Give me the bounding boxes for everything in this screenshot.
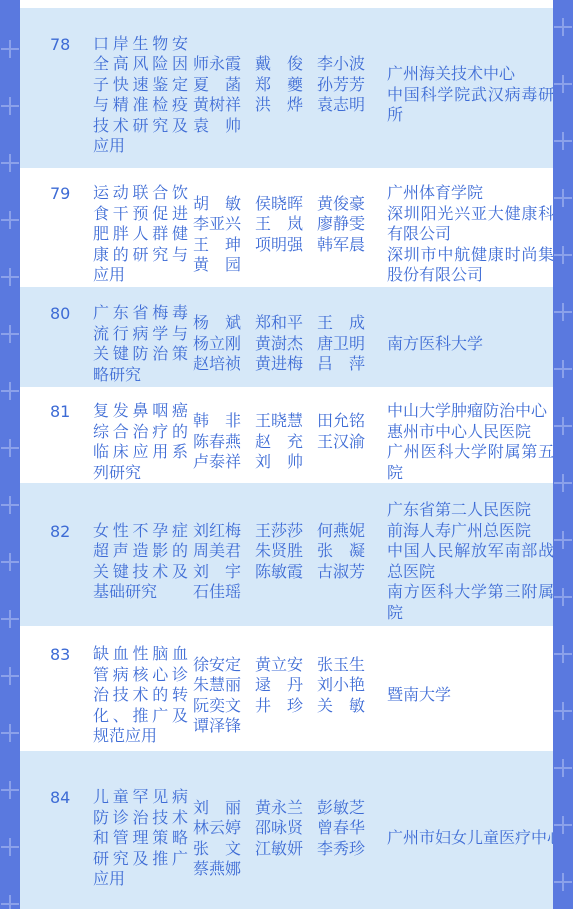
institution: 广东省第二人民医院 <box>387 500 571 521</box>
table-row: 84 儿童罕见病防诊治技术和管理策略研究及推广应用 刘 丽黄永兰彭敏芝林云婷邵咏… <box>20 751 553 909</box>
plus-decor-icon <box>1 895 19 909</box>
member-name: 朱贤胜 <box>255 541 303 562</box>
table-row: 78 口岸生物安全高风险因子快速鉴定与精准检疫技术研究及应用 师永霞戴 俊李小波… <box>20 8 553 168</box>
member-name: 杨立刚 <box>193 334 241 355</box>
team-members: 师永霞戴 俊李小波夏 菡郑 夔孙芳芳黄树祥洪 烨袁志明袁 帅 <box>193 54 365 136</box>
member-name: 郑 夔 <box>255 75 303 96</box>
member-name: 黄 园 <box>193 255 241 276</box>
title-cell: 80 广东省梅毒流行病学与关键防治策略研究 <box>93 303 188 385</box>
plus-decor-icon <box>554 246 572 264</box>
plus-decor-icon <box>1 610 19 628</box>
project-title: 女性不孕症超声造影的关键技术及基础研究 <box>93 521 188 603</box>
member-name: 刘 丽 <box>193 798 241 819</box>
left-decor-bar <box>0 0 20 909</box>
plus-decor-icon <box>554 360 572 378</box>
member-name: 黄立安 <box>255 655 303 676</box>
plus-decor-icon <box>1 496 19 514</box>
member-name: 项明强 <box>255 235 303 256</box>
institution: 中国科学院武汉病毒研究所 <box>387 85 571 126</box>
member-name: 吕 萍 <box>317 354 365 375</box>
member-name: 赵培祯 <box>193 354 241 375</box>
institution: 南方医科大学 <box>387 334 571 355</box>
member-name: 王 成 <box>317 313 365 334</box>
team-members: 刘红梅王莎莎何燕妮周美君朱贤胜张 凝刘 宇陈敏霞古淑芳石佳瑶 <box>193 521 365 603</box>
member-name: 井 珍 <box>255 696 303 717</box>
member-name: 刘 帅 <box>255 452 303 473</box>
row-number: 79 <box>50 184 88 205</box>
member-name: 刘小艳 <box>317 675 365 696</box>
member-name: 徐安定 <box>193 655 241 676</box>
member-name: 古淑芳 <box>317 562 365 583</box>
member-name: 韩 非 <box>193 411 241 432</box>
row-number: 84 <box>50 788 88 809</box>
member-name: 陈敏霞 <box>255 562 303 583</box>
member-name: 石佳瑶 <box>193 582 241 603</box>
member-name: 张 文 <box>193 839 241 860</box>
document-page: 78 口岸生物安全高风险因子快速鉴定与精准检疫技术研究及应用 师永霞戴 俊李小波… <box>0 0 573 909</box>
plus-decor-icon <box>554 759 572 777</box>
institution: 惠州市中心人民医院 <box>387 422 571 443</box>
member-name: 张玉生 <box>317 655 365 676</box>
member-name: 周美君 <box>193 541 241 562</box>
member-name: 逯 丹 <box>255 675 303 696</box>
title-cell: 84 儿童罕见病防诊治技术和管理策略研究及推广应用 <box>93 787 188 890</box>
project-title: 口岸生物安全高风险因子快速鉴定与精准检疫技术研究及应用 <box>93 34 188 157</box>
row-number: 81 <box>50 402 88 423</box>
member-name: 袁 帅 <box>193 116 241 137</box>
member-name: 林云婷 <box>193 818 241 839</box>
title-cell: 83 缺血性脑血管病核心诊治技术的转化、推广及规范应用 <box>93 644 188 747</box>
member-name: 蔡燕娜 <box>193 859 241 880</box>
plus-decor-icon <box>1 439 19 457</box>
member-name: 袁志明 <box>317 95 365 116</box>
plus-decor-icon <box>554 474 572 492</box>
title-cell: 78 口岸生物安全高风险因子快速鉴定与精准检疫技术研究及应用 <box>93 34 188 157</box>
title-cell: 81 复发鼻咽癌综合治疗的临床应用系列研究 <box>93 401 188 483</box>
row-number: 83 <box>50 645 88 666</box>
table-row: 81 复发鼻咽癌综合治疗的临床应用系列研究 韩 非王晓慧田允铭陈春燕赵 充王汉渝… <box>20 387 553 483</box>
plus-decor-icon <box>554 645 572 663</box>
member-name: 杨 斌 <box>193 313 241 334</box>
member-name: 戴 俊 <box>255 54 303 75</box>
member-name: 黄进梅 <box>255 354 303 375</box>
institution: 暨南大学 <box>387 685 571 706</box>
member-name: 李小波 <box>317 54 365 75</box>
team-members: 刘 丽黄永兰彭敏芝林云婷邵咏贤曾春华张 文江敏妍李秀珍蔡燕娜 <box>193 798 365 880</box>
institution: 广州医科大学附属第五医院 <box>387 442 571 483</box>
institutions: 暨南大学 <box>387 685 571 706</box>
member-name: 田允铭 <box>317 411 365 432</box>
institutions: 南方医科大学 <box>387 334 571 355</box>
plus-decor-icon <box>1 553 19 571</box>
member-name: 廖静雯 <box>317 214 365 235</box>
member-name: 黄澍杰 <box>255 334 303 355</box>
plus-decor-icon <box>554 303 572 321</box>
member-name: 李亚兴 <box>193 214 241 235</box>
member-name: 刘 宇 <box>193 562 241 583</box>
member-name: 邵咏贤 <box>255 818 303 839</box>
member-name: 王汉渝 <box>317 432 365 453</box>
member-name: 孙芳芳 <box>317 75 365 96</box>
plus-decor-icon <box>554 873 572 891</box>
member-name: 朱慧丽 <box>193 675 241 696</box>
institution: 中国人民解放军南部战区总医院 <box>387 541 571 582</box>
institutions: 广州市妇女儿童医疗中心 <box>387 828 571 849</box>
member-name: 刘红梅 <box>193 521 241 542</box>
team-members: 胡 敏侯晓晖黄俊豪李亚兴王 岚廖静雯王 珅项明强韩军晨黄 园 <box>193 194 365 276</box>
institutions: 中山大学肿瘤防治中心惠州市中心人民医院广州医科大学附属第五医院 <box>387 401 571 483</box>
member-name: 黄俊豪 <box>317 194 365 215</box>
member-name: 卢泰祥 <box>193 452 241 473</box>
plus-decor-icon <box>1 40 19 58</box>
row-number: 82 <box>50 522 88 543</box>
plus-decor-icon <box>554 531 572 549</box>
member-name: 李秀珍 <box>317 839 365 860</box>
institution: 中山大学肿瘤防治中心 <box>387 401 571 422</box>
plus-decor-icon <box>554 18 572 36</box>
project-title: 运动联合饮食干预促进肥胖人群健康的研究与应用 <box>93 183 188 286</box>
member-name: 唐卫明 <box>317 334 365 355</box>
table-row: 79 运动联合饮食干预促进肥胖人群健康的研究与应用 胡 敏侯晓晖黄俊豪李亚兴王 … <box>20 168 553 287</box>
institution: 前海人寿广州总医院 <box>387 521 571 542</box>
institution: 广州海关技术中心 <box>387 64 571 85</box>
plus-decor-icon <box>554 588 572 606</box>
member-name: 侯晓晖 <box>255 194 303 215</box>
member-name: 王 珅 <box>193 235 241 256</box>
member-name: 黄树祥 <box>193 95 241 116</box>
results-table: 78 口岸生物安全高风险因子快速鉴定与精准检疫技术研究及应用 师永霞戴 俊李小波… <box>20 0 553 909</box>
member-name: 洪 烨 <box>255 95 303 116</box>
member-name: 王晓慧 <box>255 411 303 432</box>
member-name: 曾春华 <box>317 818 365 839</box>
title-cell: 79 运动联合饮食干预促进肥胖人群健康的研究与应用 <box>93 183 188 286</box>
member-name: 郑和平 <box>255 313 303 334</box>
institution: 广州体育学院 <box>387 183 571 204</box>
project-title: 缺血性脑血管病核心诊治技术的转化、推广及规范应用 <box>93 644 188 747</box>
project-title: 广东省梅毒流行病学与关键防治策略研究 <box>93 303 188 385</box>
member-name: 何燕妮 <box>317 521 365 542</box>
member-name: 陈春燕 <box>193 432 241 453</box>
plus-decor-icon <box>1 325 19 343</box>
institution: 深圳阳光兴亚大健康科技有限公司 <box>387 204 571 245</box>
institutions: 广州海关技术中心中国科学院武汉病毒研究所 <box>387 64 571 126</box>
title-cell: 82 女性不孕症超声造影的关键技术及基础研究 <box>93 521 188 603</box>
member-name: 韩军晨 <box>317 235 365 256</box>
institution: 广州市妇女儿童医疗中心 <box>387 828 571 849</box>
team-members: 杨 斌郑和平王 成杨立刚黄澍杰唐卫明赵培祯黄进梅吕 萍 <box>193 313 365 375</box>
member-name: 王 岚 <box>255 214 303 235</box>
plus-decor-icon <box>1 838 19 856</box>
member-name: 谭泽锋 <box>193 716 241 737</box>
table-row: 82 女性不孕症超声造影的关键技术及基础研究 刘红梅王莎莎何燕妮周美君朱贤胜张 … <box>20 483 553 626</box>
plus-decor-icon <box>1 382 19 400</box>
row-number: 80 <box>50 304 88 325</box>
plus-decor-icon <box>1 97 19 115</box>
member-name: 江敏妍 <box>255 839 303 860</box>
plus-decor-icon <box>554 417 572 435</box>
plus-decor-icon <box>554 702 572 720</box>
member-name: 王莎莎 <box>255 521 303 542</box>
member-name: 阮奕文 <box>193 696 241 717</box>
member-name: 夏 菡 <box>193 75 241 96</box>
project-title: 儿童罕见病防诊治技术和管理策略研究及推广应用 <box>93 787 188 890</box>
row-number: 78 <box>50 35 88 56</box>
plus-decor-icon <box>1 268 19 286</box>
right-decor-bar <box>553 0 573 909</box>
plus-decor-icon <box>554 816 572 834</box>
institution: 南方医科大学第三附属医院 <box>387 582 571 623</box>
institutions: 广东省第二人民医院前海人寿广州总医院中国人民解放军南部战区总医院南方医科大学第三… <box>387 500 571 623</box>
member-name: 黄永兰 <box>255 798 303 819</box>
plus-decor-icon <box>554 132 572 150</box>
table-row: 80 广东省梅毒流行病学与关键防治策略研究 杨 斌郑和平王 成杨立刚黄澍杰唐卫明… <box>20 287 553 387</box>
team-members: 徐安定黄立安张玉生朱慧丽逯 丹刘小艳阮奕文井 珍关 敏谭泽锋 <box>193 655 365 737</box>
project-title: 复发鼻咽癌综合治疗的临床应用系列研究 <box>93 401 188 483</box>
table-row: 83 缺血性脑血管病核心诊治技术的转化、推广及规范应用 徐安定黄立安张玉生朱慧丽… <box>20 626 553 751</box>
plus-decor-icon <box>1 667 19 685</box>
member-name: 关 敏 <box>317 696 365 717</box>
member-name: 师永霞 <box>193 54 241 75</box>
plus-decor-icon <box>1 781 19 799</box>
member-name: 胡 敏 <box>193 194 241 215</box>
plus-decor-icon <box>1 211 19 229</box>
member-name: 彭敏芝 <box>317 798 365 819</box>
institutions: 广州体育学院深圳阳光兴亚大健康科技有限公司深圳市中航健康时尚集团股份有限公司 <box>387 183 571 286</box>
team-members: 韩 非王晓慧田允铭陈春燕赵 充王汉渝卢泰祥刘 帅 <box>193 411 365 473</box>
plus-decor-icon <box>554 75 572 93</box>
member-name: 赵 充 <box>255 432 303 453</box>
plus-decor-icon <box>554 189 572 207</box>
member-name: 张 凝 <box>317 541 365 562</box>
institution: 深圳市中航健康时尚集团股份有限公司 <box>387 245 571 286</box>
plus-decor-icon <box>1 154 19 172</box>
plus-decor-icon <box>1 724 19 742</box>
